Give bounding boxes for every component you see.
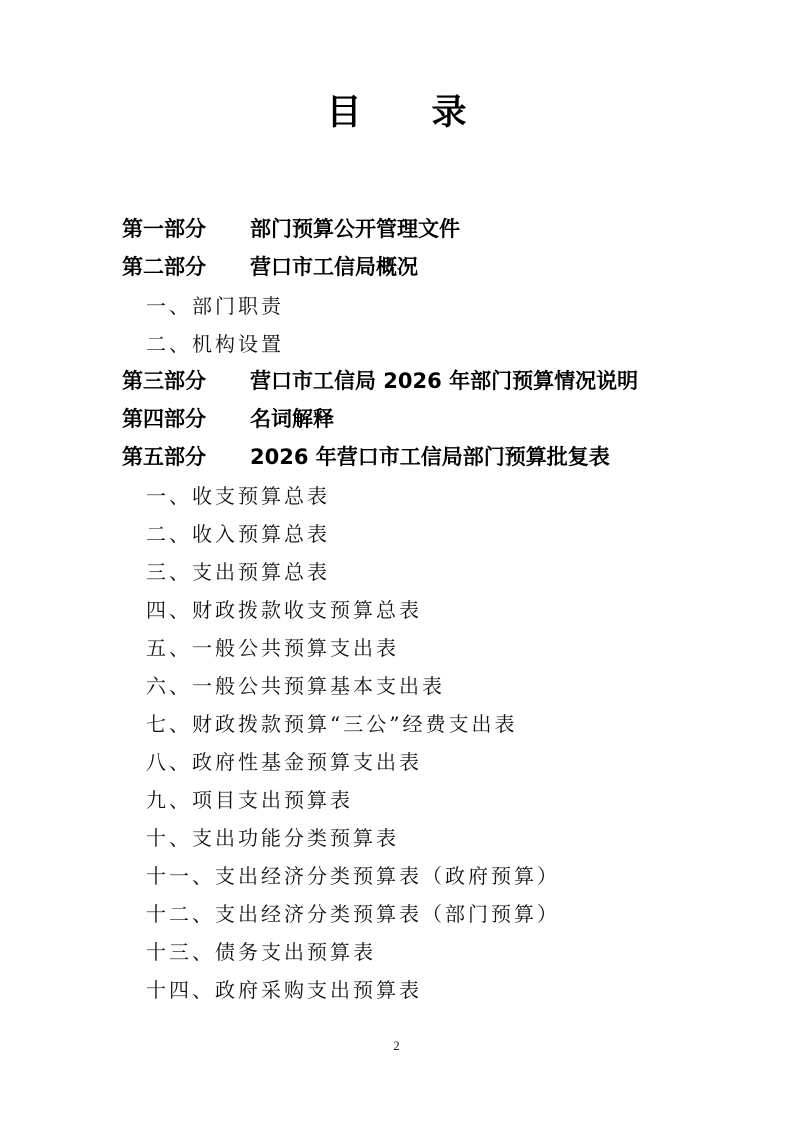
toc-item-text: 二、机构设置: [146, 328, 284, 357]
toc-item-row: 十、支出功能分类预算表: [0, 817, 793, 855]
toc-section-row: 第一部分部门预算公开管理文件: [0, 209, 793, 247]
toc-section-label: 第一部分: [122, 213, 250, 243]
toc-item-row: 六、一般公共预算基本支出表: [0, 665, 793, 703]
toc-item-row: 八、政府性基金预算支出表: [0, 741, 793, 779]
toc-section-row: 第四部分名词解释: [0, 399, 793, 437]
toc-section-label: 第三部分: [122, 365, 250, 395]
toc-item-row: 十四、政府采购支出预算表: [0, 969, 793, 1007]
toc-section-label: 第二部分: [122, 251, 250, 281]
toc-item-row: 七、财政拨款预算“三公”经费支出表: [0, 703, 793, 741]
toc-item-row: 三、支出预算总表: [0, 551, 793, 589]
toc-item-text: 十一、支出经济分类预算表（政府预算）: [146, 860, 560, 889]
toc-item-text: 七、财政拨款预算“三公”经费支出表: [146, 708, 517, 737]
toc-item-text: 三、支出预算总表: [146, 556, 330, 585]
toc-item-text: 十三、债务支出预算表: [146, 936, 376, 965]
toc-section-title: 部门预算公开管理文件: [250, 213, 460, 243]
toc-item-text: 五、一般公共预算支出表: [146, 632, 399, 661]
toc-item-row: 十一、支出经济分类预算表（政府预算）: [0, 855, 793, 893]
toc-item-text: 十二、支出经济分类预算表（部门预算）: [146, 898, 560, 927]
toc-item-text: 四、财政拨款收支预算总表: [146, 594, 422, 623]
toc-section-title: 2026 年营口市工信局部门预算批复表: [250, 441, 610, 471]
toc-item-text: 六、一般公共预算基本支出表: [146, 670, 445, 699]
page-number: 2: [393, 1038, 400, 1053]
toc-section-title: 营口市工信局概况: [250, 251, 418, 281]
page-footer: 2: [0, 1038, 793, 1054]
toc-item-row: 十三、债务支出预算表: [0, 931, 793, 969]
document-page: 目 录 第一部分部门预算公开管理文件第二部分营口市工信局概况一、部门职责二、机构…: [0, 0, 793, 1122]
toc-section-label: 第四部分: [122, 403, 250, 433]
toc-item-text: 二、收入预算总表: [146, 518, 330, 547]
toc-section-row: 第二部分营口市工信局概况: [0, 247, 793, 285]
toc-item-row: 二、机构设置: [0, 323, 793, 361]
toc-section-row: 第五部分2026 年营口市工信局部门预算批复表: [0, 437, 793, 475]
toc-item-row: 一、部门职责: [0, 285, 793, 323]
toc-item-row: 二、收入预算总表: [0, 513, 793, 551]
toc-section-label: 第五部分: [122, 441, 250, 471]
toc-item-row: 十二、支出经济分类预算表（部门预算）: [0, 893, 793, 931]
toc-item-row: 五、一般公共预算支出表: [0, 627, 793, 665]
table-of-contents: 第一部分部门预算公开管理文件第二部分营口市工信局概况一、部门职责二、机构设置第三…: [0, 209, 793, 1007]
toc-item-row: 四、财政拨款收支预算总表: [0, 589, 793, 627]
toc-item-text: 八、政府性基金预算支出表: [146, 746, 422, 775]
toc-item-row: 九、项目支出预算表: [0, 779, 793, 817]
toc-section-title: 名词解释: [250, 403, 334, 433]
toc-item-text: 一、收支预算总表: [146, 480, 330, 509]
toc-item-text: 九、项目支出预算表: [146, 784, 353, 813]
toc-item-text: 一、部门职责: [146, 290, 284, 319]
toc-section-title: 营口市工信局 2026 年部门预算情况说明: [250, 365, 638, 395]
toc-item-row: 一、收支预算总表: [0, 475, 793, 513]
toc-item-text: 十、支出功能分类预算表: [146, 822, 399, 851]
toc-section-row: 第三部分营口市工信局 2026 年部门预算情况说明: [0, 361, 793, 399]
page-title: 目 录: [0, 90, 793, 136]
toc-item-text: 十四、政府采购支出预算表: [146, 974, 422, 1003]
